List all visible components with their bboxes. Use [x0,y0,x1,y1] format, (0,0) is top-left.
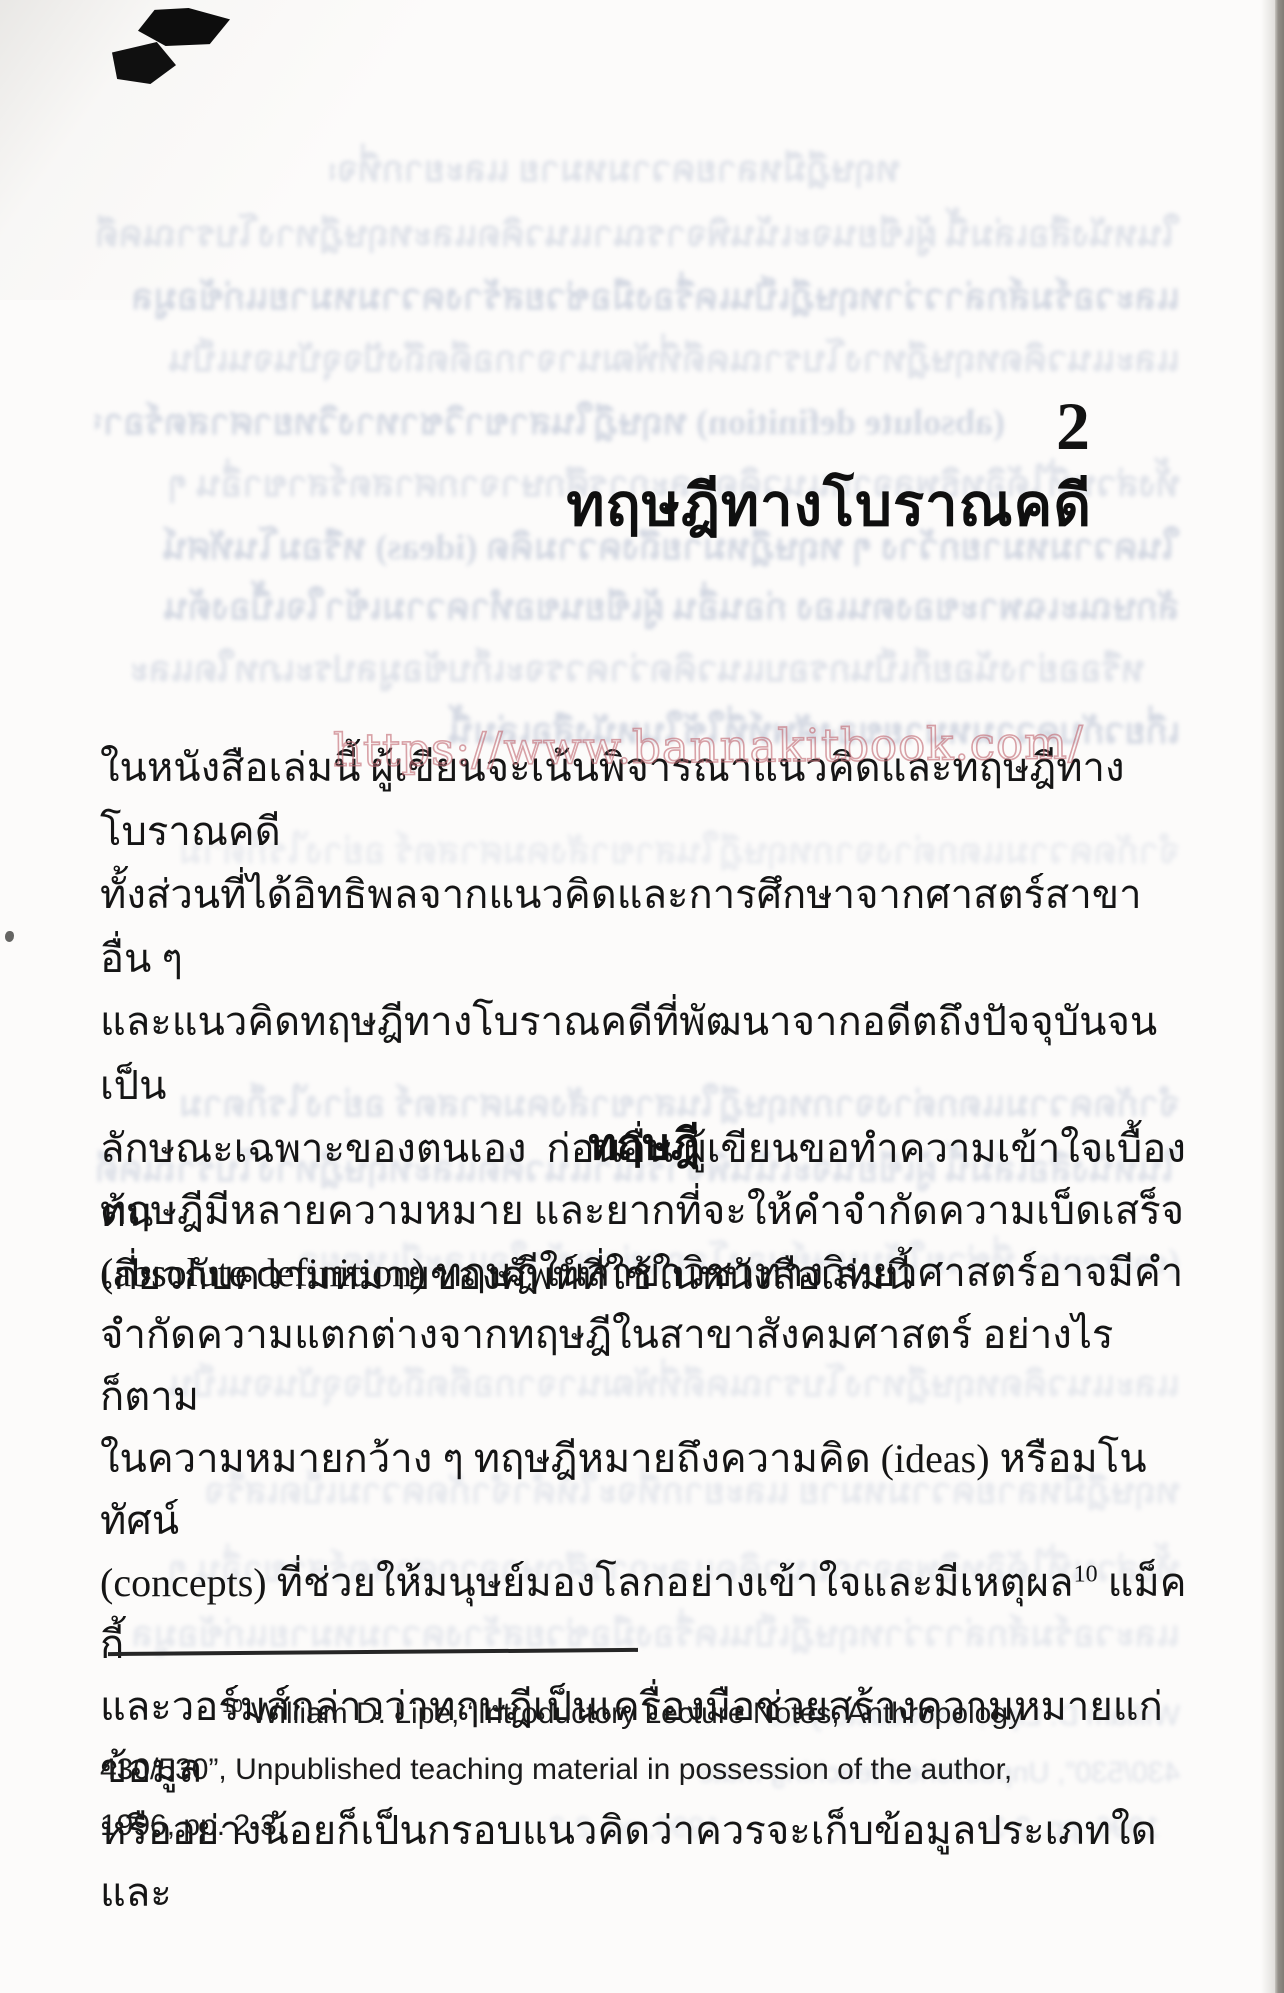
footnote-line: 430/530”, Unpublished teaching material … [100,1742,1192,1798]
footnote-reference-marker: 10 [1074,1562,1098,1588]
body-line: และแนวคิดทฤษฎีทางโบราณคดีที่พัฒนาจากอดีต… [100,990,1188,1117]
footnote-text: William D. Lipe, “Introductory Lecture N… [243,1697,1023,1730]
body-line-with-footnote-ref: (concepts) ที่ช่วยให้มนุษย์มองโลกอย่างเข… [100,1552,1188,1676]
page-edge-shadow [1261,0,1275,1993]
footnote-marker: 10 [222,1695,243,1716]
body-line: ในความหมายกว้าง ๆ ทฤษฎีหมายถึงความคิด (i… [100,1428,1188,1552]
scan-artifact-top-left-2 [112,42,176,84]
bleedthrough-text: ลักษณะเฉพาะของตนเอง ก่อนอื่น ผู้เขียนขอท… [95,578,1180,635]
ink-speck [5,931,14,942]
body-line: ทฤษฎีมีหลายความหมาย และยากที่จะให้คำจำกั… [100,1180,1188,1242]
chapter-title: ทฤษฎีทางโบราณคดี [566,468,1092,543]
scanned-book-page: ทฤษฎีมีหลายความหมาย และยากที่จะให้คำจำกั… [0,0,1284,1993]
section-heading: ทฤษฎี [100,1116,1188,1176]
bleedthrough-text: และแนวคิดทฤษฎีทางโบราณคดีที่พัฒนาจากอดีต… [95,330,1180,387]
scan-artifact-top-left-1 [138,8,230,46]
footnote: 10 William D. Lipe, “Introductory Lectur… [100,1686,1192,1854]
bleedthrough-text: หรืออย่างน้อยก็เป็นกรอบแนวคิดว่าควรจะเก็… [95,640,1145,697]
bleedthrough-text: ในหนังสือเล่มนี้ ผู้เขียนจะเน้นพิจารณาแน… [95,205,1180,262]
footnote-line: 1996, pp. 2-3. [100,1798,1192,1854]
bleedthrough-text: (absolute definition) ทฤษฎีในสาขาวิชาทาง… [95,393,1005,450]
page-edge-strip [1275,0,1284,1993]
footnote-line: 10 William D. Lipe, “Introductory Lectur… [100,1686,1192,1742]
body-line-segment: (concepts) ที่ช่วยให้มนุษย์มองโลกอย่างเข… [100,1560,1074,1605]
chapter-number: 2 [1056,392,1090,460]
watermark-url: https://www.bannakitbook.com/ [333,716,1084,777]
bleedthrough-text: ทฤษฎีมีหลายความหมาย และยากที่จะให้คำจำกั… [330,140,900,197]
body-line: (absolute definition) ทฤษฎีในสาขาวิชาทาง… [100,1242,1188,1304]
bleedthrough-text: และวอร์มส์กล่าวว่าทฤษฎีเป็นเครื่องมือช่ว… [95,268,1180,325]
body-line: จำกัดความแตกต่างจากทฤษฎีในสาขาสังคมศาสตร… [100,1304,1188,1428]
body-line: ทั้งส่วนที่ได้อิทธิพลจากแนวคิดและการศึกษ… [100,863,1188,990]
